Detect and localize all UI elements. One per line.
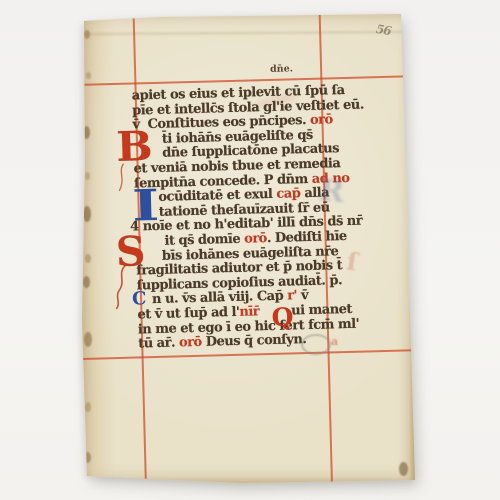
illuminated-initial-B: B xyxy=(116,126,153,167)
text-column: apiet os eius et iplevit cū ſpū ſapīe et… xyxy=(76,9,410,18)
text-segment: tū ar̄. xyxy=(138,336,175,352)
show-through-mark: R xyxy=(317,173,345,210)
photo-background: { "meta": { "background_color": "#f4f3f1… xyxy=(0,0,500,500)
ruled-text-block: dn̄e. apiet os eius et iplevit cū ſpū ſa… xyxy=(76,9,422,488)
show-through-ring xyxy=(301,334,331,355)
folio-number: 56 xyxy=(375,22,392,38)
initial-flourish xyxy=(115,163,128,193)
ruling-line-horizontal-bottom xyxy=(77,349,427,360)
text-segment: v̄ xyxy=(301,288,308,303)
initial-flourish xyxy=(112,263,131,311)
illuminated-initial-C: C xyxy=(132,290,147,308)
ruling-line-horizontal-top xyxy=(69,75,419,86)
text-segment: Deus q̄ conſyn. xyxy=(206,332,307,350)
text-segment: nīr̄ xyxy=(239,304,259,320)
manuscript-leaf: dn̄e. apiet os eius et iplevit cū ſpū ſa… xyxy=(81,14,415,484)
illuminated-initial-I: I xyxy=(132,184,160,229)
text-segment: orō xyxy=(175,335,206,351)
manuscript-leaf-wrapper: dn̄e. apiet os eius et iplevit cū ſpū ſa… xyxy=(81,14,415,484)
running-header-note: dn̄e. xyxy=(270,63,293,75)
manuscript-text-line: tū ar̄. orō Deus q̄ conſyn. xyxy=(138,333,306,352)
guide-letter: a xyxy=(331,335,338,348)
text-segment: orō xyxy=(244,231,267,247)
text-segment: cap̄ xyxy=(272,186,304,202)
text-segment: orō xyxy=(306,112,333,128)
illuminated-initial-Q: Q xyxy=(271,305,293,330)
